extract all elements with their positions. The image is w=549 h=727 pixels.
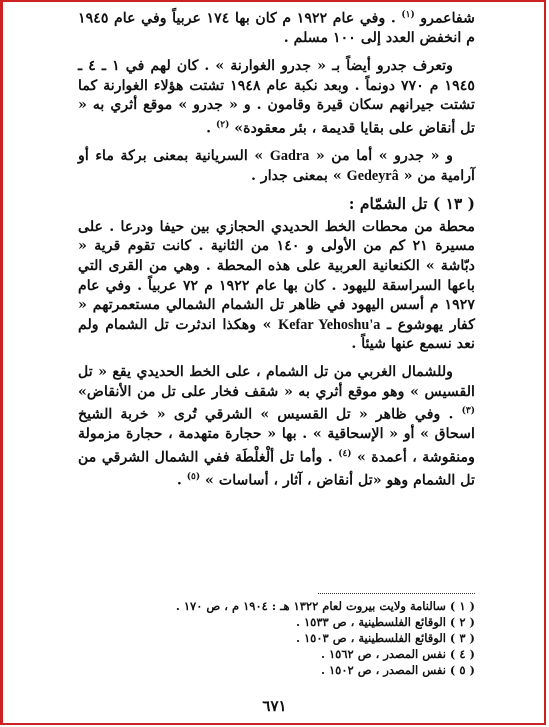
footnote-reference: (٤)	[338, 449, 351, 459]
footnote-2: ( ٢ ) الوقائع الفلسطينية ، ص ١٥٣٣ .	[145, 614, 475, 630]
latin-transliteration: Gedeyrâ	[347, 168, 399, 184]
intro-paragraph: و « جدرو » أما من « Gadra » السريانية بم…	[78, 147, 475, 186]
footnotes: ( ١ ) سالنامة ولايت بيروت لعام ١٣٢٢ هـ :…	[145, 598, 475, 678]
footnote-5: ( ٥ ) نفس المصدر ، ص ١٥٠٢ .	[145, 662, 475, 678]
section-heading: ( ١٣ ) تل الشمّام :	[78, 194, 475, 214]
intro-paragraph: شفاعمرو (١) . وفي عام ١٩٢٢ م كان بها ١٧٤…	[78, 6, 475, 49]
footnote-reference: (٢)	[216, 120, 229, 130]
footnote-reference: (٣)	[462, 406, 475, 416]
footnote-reference: (١)	[401, 10, 414, 20]
footnote-1: ( ١ ) سالنامة ولايت بيروت لعام ١٣٢٢ هـ :…	[145, 598, 475, 614]
latin-transliteration: Gadra	[270, 148, 309, 164]
footnote-3: ( ٣ ) الوقائع الفلسطينية ، ص ١٥٠٣ .	[145, 630, 475, 646]
footnote-separator	[318, 593, 475, 594]
page-number: ٦٧١	[0, 697, 549, 715]
intro-paragraph: وتعرف جدرو أيضاً بـ « جدرو الغوارنة » . …	[78, 57, 475, 139]
latin-transliteration: Kefar Yehoshu'a	[278, 317, 380, 333]
footnote-4: ( ٤ ) نفس المصدر ، ص ١٥٦٢ .	[145, 646, 475, 662]
intro-paragraphs: شفاعمرو (١) . وفي عام ١٩٢٢ م كان بها ١٧٤…	[78, 6, 475, 186]
body-text: شفاعمرو (١) . وفي عام ١٩٢٢ م كان بها ١٧٤…	[78, 6, 475, 500]
section-paragraph: وللشمال الغربي من تل الشمام ، على الخط ا…	[78, 363, 475, 492]
section-paragraph: محطة من محطات الخط الحديدي الحجازي بين ح…	[78, 218, 475, 355]
footnote-reference: (٥)	[187, 472, 200, 482]
section-paragraphs: محطة من محطات الخط الحديدي الحجازي بين ح…	[78, 218, 475, 492]
